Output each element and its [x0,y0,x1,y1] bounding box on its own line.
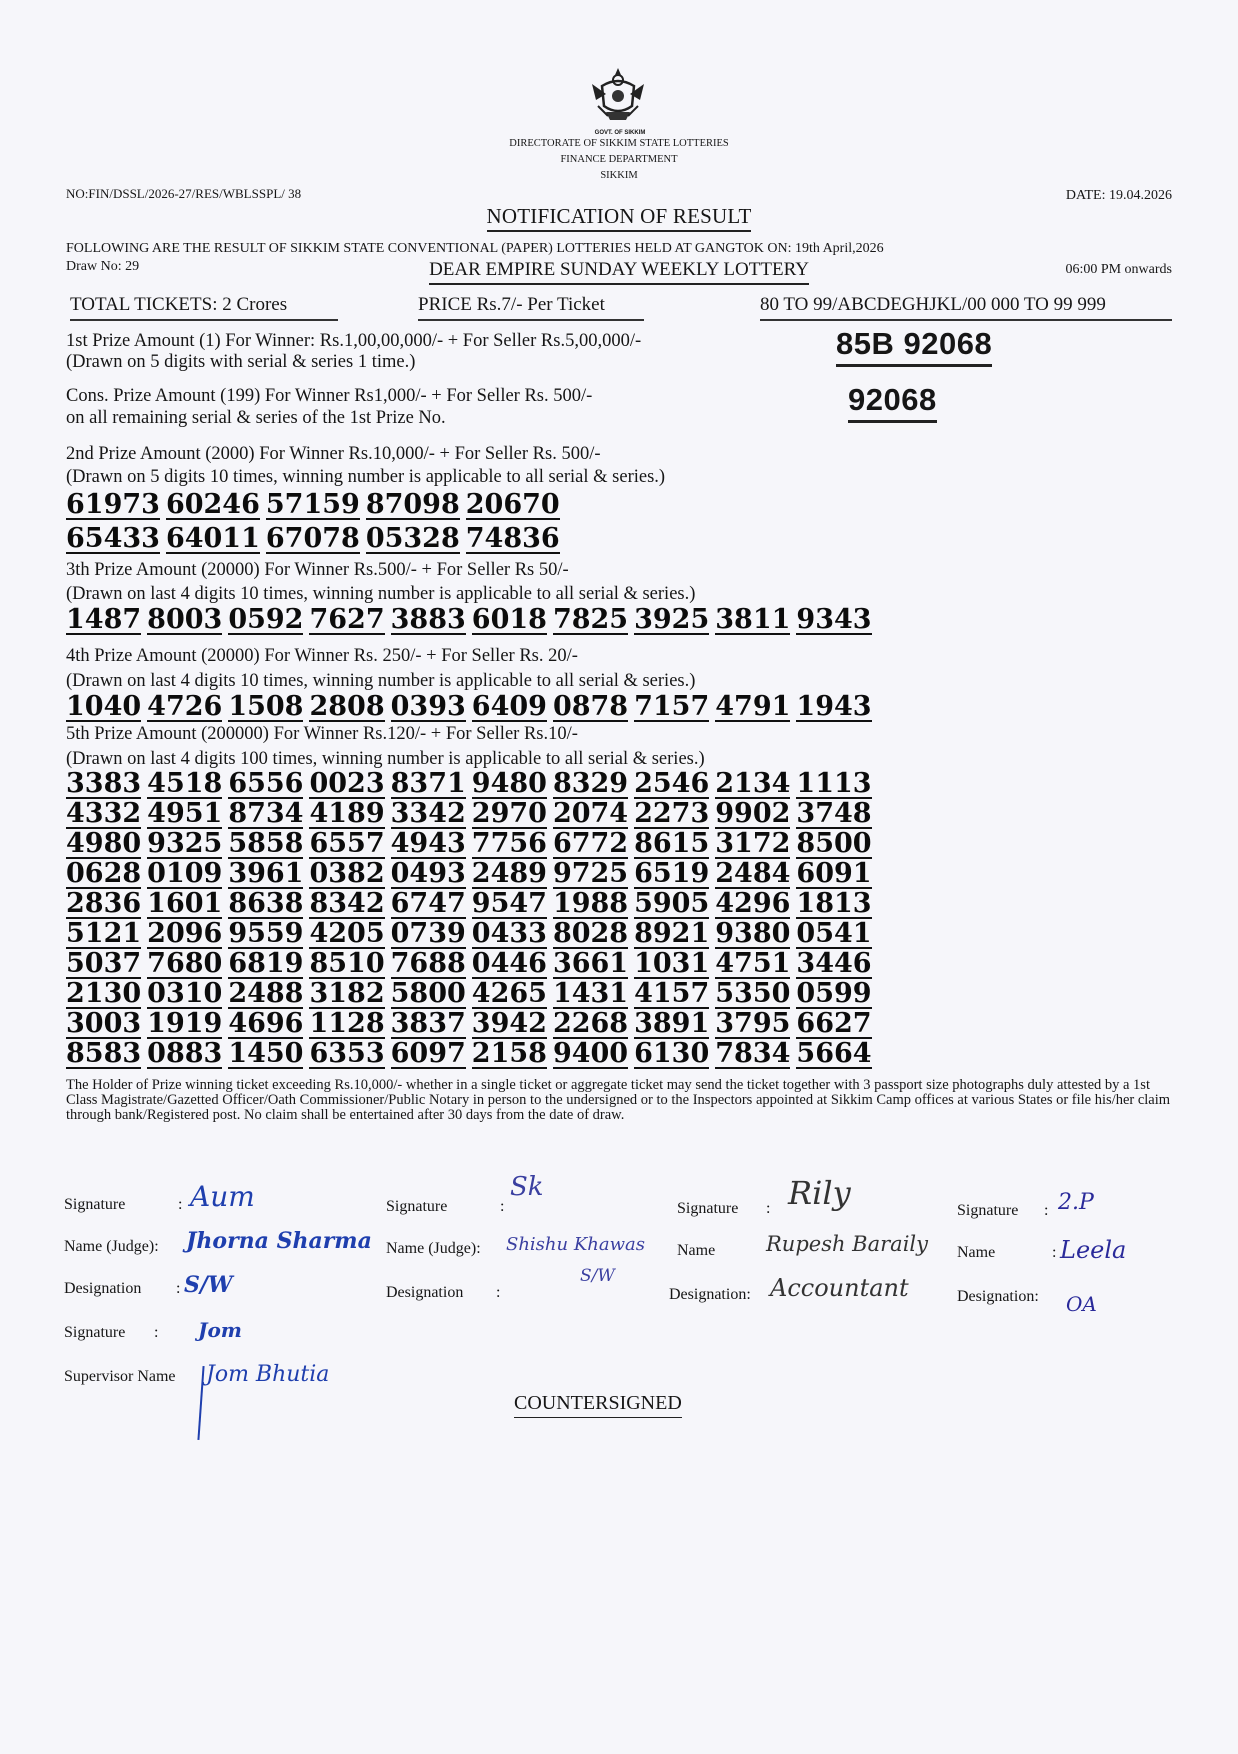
sig4-designation: OA [1066,1292,1097,1316]
colon: : [766,1200,770,1218]
winning-number: 8003 [147,607,222,635]
winning-number: 3172 [715,831,790,859]
winning-number: 6409 [472,694,547,722]
winning-number: 3891 [634,1011,709,1039]
winning-number: 8028 [553,921,628,949]
winning-number: 0393 [391,694,466,722]
winning-number: 1919 [147,1011,222,1039]
lottery-name: DEAR EMPIRE SUNDAY WEEKLY LOTTERY [0,259,1238,281]
winning-number: 0493 [391,861,466,889]
sig2-signature: Sk [510,1172,544,1202]
page-title: NOTIFICATION OF RESULT [0,204,1238,229]
lottery-name-text: DEAR EMPIRE SUNDAY WEEKLY LOTTERY [429,259,809,285]
winning-number: 74836 [466,526,560,554]
sig1-designation: S/W [184,1272,233,1298]
sig4-name: Leela [1060,1236,1126,1264]
winning-number: 8342 [309,891,384,919]
winning-number: 0382 [309,861,384,889]
winning-number: 8500 [796,831,871,859]
winning-number: 6130 [634,1041,709,1069]
winning-number: 8734 [228,801,303,829]
winning-number: 6747 [391,891,466,919]
winning-number: 6556 [228,771,303,799]
winning-number: 3795 [715,1011,790,1039]
cons-prize-line1: Cons. Prize Amount (199) For Winner Rs1,… [66,385,592,407]
first-prize-number: 85B 92068 [836,326,992,367]
winning-number: 87098 [366,492,460,520]
winning-number: 64011 [166,526,260,554]
second-prize-numbers-row2: 6543364011670780532874836 [66,526,560,554]
sig3-signature: Rily [788,1174,851,1212]
sig2-name: Shishu Khawas [506,1234,645,1255]
winning-number: 3342 [391,801,466,829]
winning-number: 65433 [66,526,160,554]
winning-number: 3925 [634,607,709,635]
winning-number: 5037 [66,951,141,979]
winning-number: 0109 [147,861,222,889]
winning-number: 6519 [634,861,709,889]
winning-number: 1813 [796,891,871,919]
winning-number: 0433 [472,921,547,949]
sig3-name: Rupesh Baraily [766,1232,928,1256]
sig1-label: Signature [64,1196,125,1214]
winning-number: 2970 [472,801,547,829]
winning-number: 9480 [472,771,547,799]
winning-number: 5800 [391,981,466,1009]
reference-number: NO:FIN/DSSL/2026-27/RES/WBLSSPL/ 38 [66,186,301,202]
sig4-signature: 2.P [1058,1190,1094,1215]
winning-number: 3837 [391,1011,466,1039]
winning-number: 2489 [472,861,547,889]
winning-number: 2158 [472,1041,547,1069]
winning-number: 2546 [634,771,709,799]
winning-number: 1031 [634,951,709,979]
winning-number: 61973 [66,492,160,520]
winning-number: 9325 [147,831,222,859]
ticket-range: 80 TO 99/ABCDEGHJKL/00 000 TO 99 999 [760,294,1172,321]
first-prize-line2: (Drawn on 5 digits with serial & series … [66,351,415,373]
winning-number: 6353 [309,1041,384,1069]
winning-number: 4205 [309,921,384,949]
winning-number: 5664 [796,1041,871,1069]
notification-date: DATE: 19.04.2026 [1066,188,1172,204]
winning-number: 4157 [634,981,709,1009]
winning-number: 1508 [228,694,303,722]
title-text: NOTIFICATION OF RESULT [487,204,752,232]
winning-number: 3446 [796,951,871,979]
winning-number: 4696 [228,1011,303,1039]
winning-number: 6097 [391,1041,466,1069]
draw-time: 06:00 PM onwards [1065,262,1172,278]
colon: : [496,1284,500,1302]
winning-number: 9343 [796,607,871,635]
sig3-designation-label: Designation: [669,1286,751,1304]
winning-number: 0878 [553,694,628,722]
first-prize-line1: 1st Prize Amount (1) For Winner: Rs.1,00… [66,330,641,352]
winning-number: 3883 [391,607,466,635]
winning-number: 1943 [796,694,871,722]
colon: : [178,1196,182,1214]
winning-number: 1988 [553,891,628,919]
sig2-designation-label: Designation [386,1284,463,1302]
sig1-name-label: Name (Judge): [64,1238,159,1256]
winning-number: 6627 [796,1011,871,1039]
winning-number: 0541 [796,921,871,949]
supervisor-name: Jom Bhutia [206,1362,329,1387]
winning-number: 6018 [472,607,547,635]
sig2-designation: S/W [580,1266,615,1286]
third-prize-line2: (Drawn on last 4 digits 10 times, winnin… [66,583,695,605]
winning-number: 2484 [715,861,790,889]
winning-number: 5858 [228,831,303,859]
claim-note: The Holder of Prize winning ticket excee… [66,1078,1171,1123]
fifth-prize-line1: 5th Prize Amount (200000) For Winner Rs.… [66,723,578,745]
sig4-label: Signature [957,1202,1018,1220]
winning-number: 0310 [147,981,222,1009]
winning-number: 8638 [228,891,303,919]
winning-number: 3811 [715,607,790,635]
colon: : [154,1324,158,1342]
total-tickets: TOTAL TICKETS: 2 Crores [70,294,338,321]
winning-number: 05328 [366,526,460,554]
winning-number: 5905 [634,891,709,919]
winning-number: 2488 [228,981,303,1009]
winning-number: 4332 [66,801,141,829]
winning-number: 60246 [166,492,260,520]
sig4-name-label: Name [957,1244,995,1262]
winning-number: 8615 [634,831,709,859]
fourth-prize-line2: (Drawn on last 4 digits 10 times, winnin… [66,670,695,692]
winning-number: 7680 [147,951,222,979]
winning-number: 1040 [66,694,141,722]
winning-number: 4951 [147,801,222,829]
third-prize-numbers: 1487800305927627388360187825392538119343 [66,607,872,635]
winning-number: 0023 [309,771,384,799]
winning-number: 1450 [228,1041,303,1069]
state-heading: SIKKIM [0,170,1238,181]
winning-number: 4943 [391,831,466,859]
winning-number: 4791 [715,694,790,722]
winning-number: 6091 [796,861,871,889]
cons-prize-number: 92068 [848,382,937,423]
winning-number: 9400 [553,1041,628,1069]
colon: : [1044,1202,1048,1220]
winning-number: 8510 [309,951,384,979]
sig1-name: Jhorna Sharma [186,1228,372,1254]
winning-number: 3003 [66,1011,141,1039]
winning-number: 6819 [228,951,303,979]
winning-number: 4518 [147,771,222,799]
winning-number: 8371 [391,771,466,799]
sig1-signature: Aum [190,1180,255,1213]
winning-number: 0446 [472,951,547,979]
winning-number: 1128 [309,1011,384,1039]
winning-number: 0628 [66,861,141,889]
winning-number: 4189 [309,801,384,829]
winning-number: 3942 [472,1011,547,1039]
colon: : [176,1280,180,1298]
winning-number: 2130 [66,981,141,1009]
winning-number: 2096 [147,921,222,949]
fourth-prize-line1: 4th Prize Amount (20000) For Winner Rs. … [66,645,578,667]
winning-number: 5350 [715,981,790,1009]
countersigned-label: COUNTERSIGNED [514,1392,682,1418]
winning-number: 20670 [466,492,560,520]
winning-number: 4980 [66,831,141,859]
second-prize-line2: (Drawn on 5 digits 10 times, winning num… [66,466,665,488]
winning-number: 3961 [228,861,303,889]
winning-number: 1431 [553,981,628,1009]
winning-number: 2808 [309,694,384,722]
ticket-price: PRICE Rs.7/- Per Ticket [418,294,644,321]
winning-number: 67078 [266,526,360,554]
winning-number: 3748 [796,801,871,829]
supervisor-name-label: Supervisor Name [64,1368,176,1386]
directorate-heading: DIRECTORATE OF SIKKIM STATE LOTTERIES [0,138,1238,149]
winning-number: 1113 [796,771,871,799]
sig3-label: Signature [677,1200,738,1218]
winning-number: 4726 [147,694,222,722]
winning-number: 8583 [66,1041,141,1069]
fourth-prize-numbers: 1040472615082808039364090878715747911943 [66,694,872,722]
winning-number: 1601 [147,891,222,919]
winning-number: 7627 [309,607,384,635]
supervisor-signature: Jom [198,1318,242,1342]
winning-number: 9559 [228,921,303,949]
winning-number: 3182 [309,981,384,1009]
sig2-label: Signature [386,1198,447,1216]
colon: : [1052,1244,1056,1262]
third-prize-line1: 3th Prize Amount (20000) For Winner Rs.5… [66,559,569,581]
winning-number: 57159 [266,492,360,520]
winning-number: 4265 [472,981,547,1009]
winning-number: 4751 [715,951,790,979]
colon: : [500,1198,504,1216]
sig4-designation-label: Designation: [957,1288,1039,1306]
winning-number: 4296 [715,891,790,919]
winning-number: 3383 [66,771,141,799]
sikkim-emblem-icon [588,66,648,126]
sig1-designation-label: Designation [64,1280,141,1298]
signature-stroke [197,1366,204,1440]
winning-number: 6557 [309,831,384,859]
following-text: FOLLOWING ARE THE RESULT OF SIKKIM STATE… [66,241,884,257]
winning-number: 3661 [553,951,628,979]
department-heading: FINANCE DEPARTMENT [0,154,1238,165]
sig2-name-label: Name (Judge): [386,1240,481,1258]
winning-number: 2134 [715,771,790,799]
winning-number: 7834 [715,1041,790,1069]
winning-number: 6772 [553,831,628,859]
winning-number: 9547 [472,891,547,919]
winning-number: 0739 [391,921,466,949]
winning-number: 8921 [634,921,709,949]
winning-number: 2268 [553,1011,628,1039]
winning-number: 2273 [634,801,709,829]
second-prize-numbers-row1: 6197360246571598709820670 [66,492,560,520]
winning-number: 9725 [553,861,628,889]
winning-number: 0599 [796,981,871,1009]
winning-number: 2836 [66,891,141,919]
fifth-prize-numbers: 3383451865560023837194808329254621341113… [66,771,872,1069]
winning-number: 7756 [472,831,547,859]
winning-number: 8329 [553,771,628,799]
winning-number: 0883 [147,1041,222,1069]
winning-number: 7157 [634,694,709,722]
winning-number: 7688 [391,951,466,979]
sig3-name-label: Name [677,1242,715,1260]
supervisor-sig-label: Signature [64,1324,125,1342]
second-prize-line1: 2nd Prize Amount (2000) For Winner Rs.10… [66,443,601,465]
winning-number: 9380 [715,921,790,949]
winning-number: 5121 [66,921,141,949]
cons-prize-line2: on all remaining serial & series of the … [66,407,446,429]
winning-number: 0592 [228,607,303,635]
winning-number: 1487 [66,607,141,635]
fifth-prize-line2: (Drawn on last 4 digits 100 times, winni… [66,748,705,770]
winning-number: 7825 [553,607,628,635]
govt-label: GOVT. OF SIKKIM [570,130,670,136]
sig3-designation: Accountant [770,1274,909,1302]
winning-number: 9902 [715,801,790,829]
winning-number: 2074 [553,801,628,829]
